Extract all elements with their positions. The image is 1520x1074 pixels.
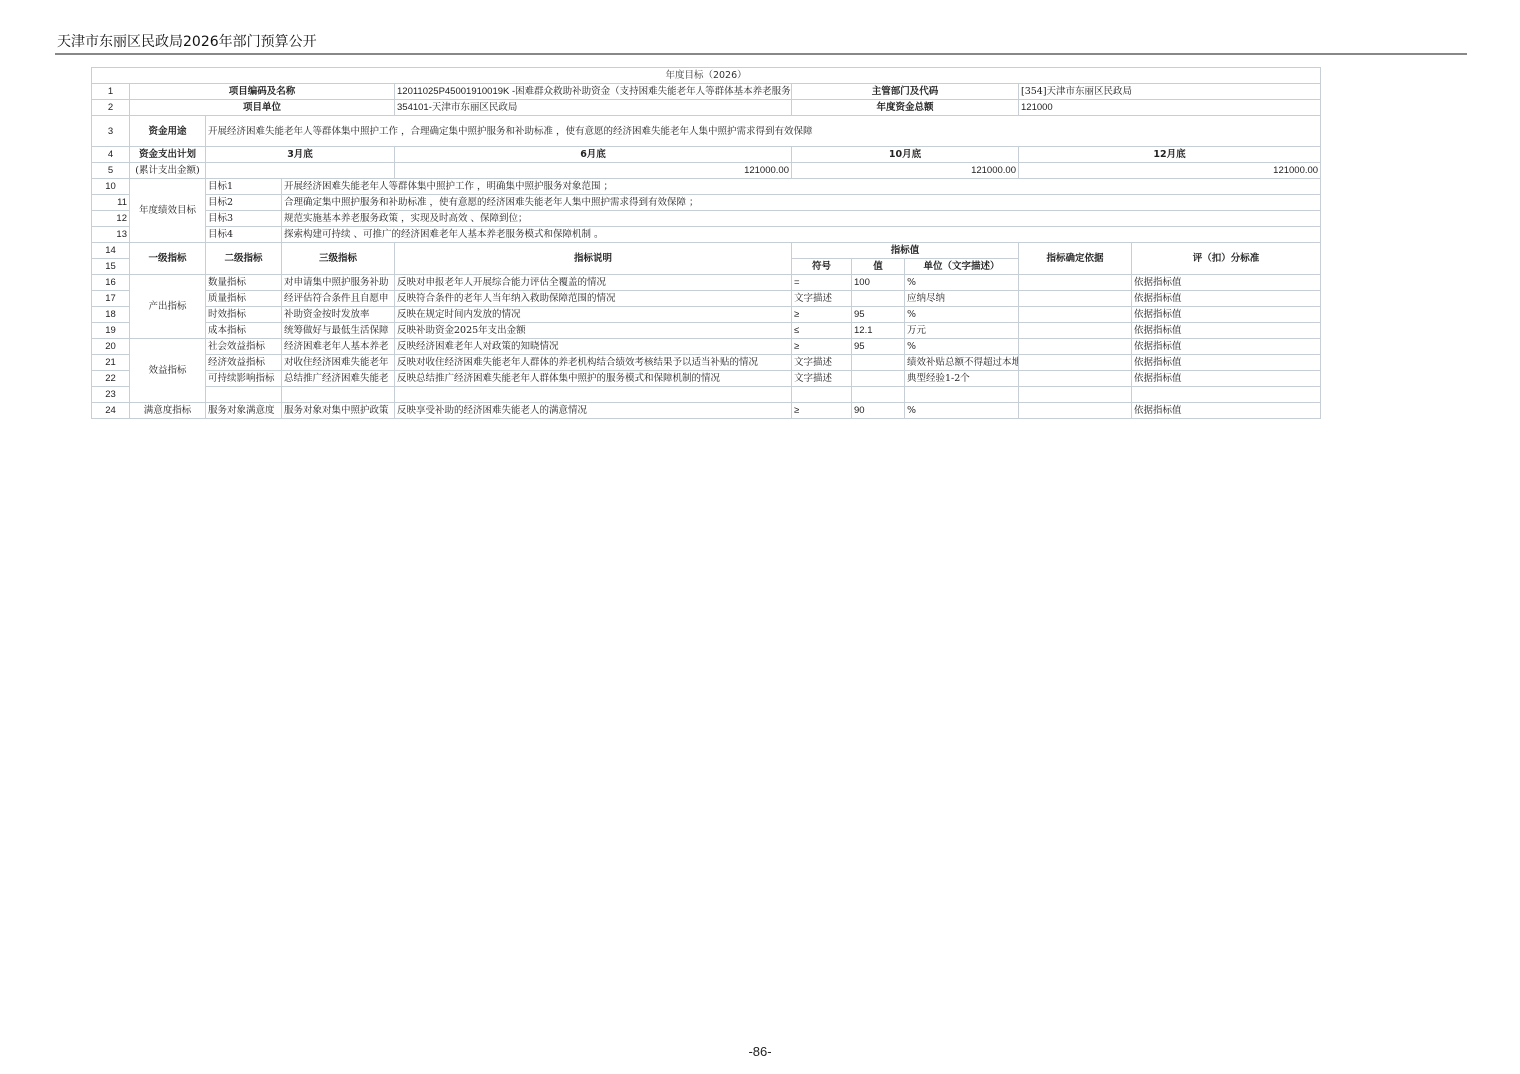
page-number: -86- (0, 1044, 1520, 1059)
table-title: 年度目标（2026） (92, 68, 1321, 84)
annual-total-label: 年度资金总额 (792, 100, 1019, 116)
indicator-value: 90 (852, 403, 905, 419)
indicator-unit (905, 387, 1019, 403)
indicator-description: 反映对收住经济困难失能老年人群体的养老机构结合绩效考核结果予以适当补贴的情况 (395, 355, 792, 371)
indicator-level3: 对申请集中照护服务补助 (282, 275, 395, 291)
performance-target-table: 年度目标（2026） 1 项目编码及名称 12011025P4500191001… (91, 67, 1321, 419)
indicator-basis (1019, 371, 1132, 387)
table-title-row: 年度目标（2026） (92, 68, 1321, 84)
indicator-value: 12.1 (852, 323, 905, 339)
indicator-symbol: ≥ (792, 339, 852, 355)
indicator-value (852, 387, 905, 403)
annual-total-value: 121000 (1019, 100, 1321, 116)
indicator-header-row: 14 一级指标 二级指标 三级指标 指标说明 指标值 指标确定依据 评（扣）分标… (92, 243, 1321, 259)
indicator-unit: % (905, 307, 1019, 323)
indicator-symbol: 文字描述 (792, 355, 852, 371)
indicator-symbol (792, 387, 852, 403)
goal-name: 目标4 (206, 227, 282, 243)
row-number: 16 (92, 275, 130, 291)
row-number: 21 (92, 355, 130, 371)
header-symbol: 符号 (792, 259, 852, 275)
indicator-level3: 总结推广经济困难失能老 (282, 371, 395, 387)
indicator-description: 反映总结推广经济困难失能老年人群体集中照护的服务模式和保障机制的情况 (395, 371, 792, 387)
goal-row: 11 目标2 合理确定集中照护服务和补助标准 ，使有意愿的经济困难失能老年人集中… (92, 195, 1321, 211)
indicator-level2: 时效指标 (206, 307, 282, 323)
dept-label: 主管部门及代码 (792, 84, 1019, 100)
row-number: 22 (92, 371, 130, 387)
indicator-scoring: 依据指标值 (1132, 339, 1321, 355)
row-number: 17 (92, 291, 130, 307)
indicator-level1: 满意度指标 (130, 403, 206, 419)
indicator-symbol: = (792, 275, 852, 291)
header-unit: 单位（文字描述） (905, 259, 1019, 275)
indicator-value (852, 291, 905, 307)
row-number: 20 (92, 339, 130, 355)
indicator-value (852, 371, 905, 387)
indicator-description (395, 387, 792, 403)
indicator-level3 (282, 387, 395, 403)
indicator-value: 95 (852, 307, 905, 323)
indicator-row: 22可持续影响指标总结推广经济困难失能老反映总结推广经济困难失能老年人群体集中照… (92, 371, 1321, 387)
header-scoring: 评（扣）分标准 (1132, 243, 1321, 275)
indicator-value: 95 (852, 339, 905, 355)
row-number: 2 (92, 100, 130, 116)
indicator-scoring: 依据指标值 (1132, 275, 1321, 291)
goal-text: 探索构建可持续 、可推广的经济困难老年人基本养老服务模式和保障机制 。 (282, 227, 1321, 243)
indicator-scoring (1132, 387, 1321, 403)
indicator-unit: % (905, 339, 1019, 355)
project-unit-value: 354101-天津市东丽区民政局 (395, 100, 792, 116)
indicator-scoring: 依据指标值 (1132, 291, 1321, 307)
indicator-symbol: 文字描述 (792, 291, 852, 307)
amount-jun: 121000.00 (395, 163, 792, 179)
fund-use-value: 开展经济困难失能老年人等群体集中照护工作 ，合理确定集中照护服务和补助标准 ，使… (206, 116, 1321, 147)
indicator-scoring: 依据指标值 (1132, 355, 1321, 371)
header-level3: 三级指标 (282, 243, 395, 275)
spending-plan-header-row: 4 资金支出计划 3月底 6月底 10月底 12月底 (92, 147, 1321, 163)
row-number: 11 (92, 195, 130, 211)
indicator-symbol: 文字描述 (792, 371, 852, 387)
indicator-description: 反映在规定时间内发放的情况 (395, 307, 792, 323)
indicator-unit: % (905, 275, 1019, 291)
indicator-level3: 经评估符合条件且自愿申 (282, 291, 395, 307)
goal-name: 目标3 (206, 211, 282, 227)
goal-text: 规范实施基本养老服务政策 ，实现及时高效 、保障到位； (282, 211, 1321, 227)
period-mar: 3月底 (206, 147, 395, 163)
row-number: 13 (92, 227, 130, 243)
project-unit-label: 项目单位 (130, 100, 395, 116)
indicator-symbol: ≥ (792, 403, 852, 419)
indicator-level2: 社会效益指标 (206, 339, 282, 355)
indicator-level1: 产出指标 (130, 275, 206, 339)
indicator-unit: 万元 (905, 323, 1019, 339)
goal-row: 12 目标3 规范实施基本养老服务政策 ，实现及时高效 、保障到位； (92, 211, 1321, 227)
indicator-basis (1019, 339, 1132, 355)
indicator-row: 20效益指标社会效益指标经济困难老年人基本养老反映经济困难老年人对政策的知晓情况… (92, 339, 1321, 355)
goal-text: 合理确定集中照护服务和补助标准 ，使有意愿的经济困难失能老年人集中照护需求得到有… (282, 195, 1321, 211)
indicator-scoring: 依据指标值 (1132, 323, 1321, 339)
goal-text: 开展经济困难失能老年人等群体集中照护工作 ，明确集中照护服务对象范围 ； (282, 179, 1321, 195)
spending-plan-sublabel: (累计支出金额) (130, 163, 206, 179)
header-level1: 一级指标 (130, 243, 206, 275)
row-number: 24 (92, 403, 130, 419)
indicator-symbol: ≤ (792, 323, 852, 339)
period-oct: 10月底 (792, 147, 1019, 163)
goal-name: 目标2 (206, 195, 282, 211)
goal-row: 10 年度绩效目标 目标1 开展经济困难失能老年人等群体集中照护工作 ，明确集中… (92, 179, 1321, 195)
indicator-unit: 绩效补贴总额不得超过本地区向经济困难失能老年 (905, 355, 1019, 371)
indicator-basis (1019, 275, 1132, 291)
indicator-basis (1019, 323, 1132, 339)
indicator-row: 19成本指标统筹做好与最低生活保障反映补助资金2025年支出金额≤12.1万元依… (92, 323, 1321, 339)
indicator-unit: % (905, 403, 1019, 419)
indicator-level1: 效益指标 (130, 339, 206, 403)
indicator-level2: 质量指标 (206, 291, 282, 307)
row-number: 10 (92, 179, 130, 195)
indicator-row: 17质量指标经评估符合条件且自愿申反映符合条件的老年人当年纳入救助保障范围的情况… (92, 291, 1321, 307)
indicator-scoring: 依据指标值 (1132, 307, 1321, 323)
indicator-level3: 对收住经济困难失能老年 (282, 355, 395, 371)
amount-dec: 121000.00 (1019, 163, 1321, 179)
indicator-level3: 经济困难老年人基本养老 (282, 339, 395, 355)
project-unit-row: 2 项目单位 354101-天津市东丽区民政局 年度资金总额 121000 (92, 100, 1321, 116)
indicator-basis (1019, 307, 1132, 323)
document-header-title: 天津市东丽区民政局2026年部门预算公开 (57, 31, 317, 51)
indicator-level2: 数量指标 (206, 275, 282, 291)
indicator-scoring: 依据指标值 (1132, 403, 1321, 419)
indicator-value (852, 355, 905, 371)
indicator-basis (1019, 403, 1132, 419)
spending-plan-amount-row: 5 (累计支出金额) 121000.00 121000.00 121000.00 (92, 163, 1321, 179)
indicator-row: 24满意度指标服务对象满意度服务对象对集中照护政策反映享受补助的经济困难失能老人… (92, 403, 1321, 419)
row-number: 3 (92, 116, 130, 147)
project-code-value: 12011025P45001910019K -困难群众救助补助资金（支持困难失能… (395, 84, 792, 100)
row-number: 23 (92, 387, 130, 403)
row-number: 18 (92, 307, 130, 323)
indicator-level3: 服务对象对集中照护政策 (282, 403, 395, 419)
annual-goals-label: 年度绩效目标 (130, 179, 206, 243)
dept-value: [354]天津市东丽区民政局 (1019, 84, 1321, 100)
indicator-rows: 16产出指标数量指标对申请集中照护服务补助反映对申报老年人开展综合能力评估全覆盖… (92, 275, 1321, 419)
spending-plan-label: 资金支出计划 (130, 147, 206, 163)
indicator-basis (1019, 291, 1132, 307)
header-value: 值 (852, 259, 905, 275)
indicator-row: 23 (92, 387, 1321, 403)
indicator-scoring: 依据指标值 (1132, 371, 1321, 387)
indicator-level2 (206, 387, 282, 403)
indicator-level2: 服务对象满意度 (206, 403, 282, 419)
indicator-basis (1019, 387, 1132, 403)
project-code-label: 项目编码及名称 (130, 84, 395, 100)
indicator-row: 16产出指标数量指标对申请集中照护服务补助反映对申报老年人开展综合能力评估全覆盖… (92, 275, 1321, 291)
indicator-description: 反映经济困难老年人对政策的知晓情况 (395, 339, 792, 355)
indicator-basis (1019, 355, 1132, 371)
fund-use-label: 资金用途 (130, 116, 206, 147)
header-divider (55, 53, 1467, 55)
goal-row: 13 目标4 探索构建可持续 、可推广的经济困难老年人基本养老服务模式和保障机制… (92, 227, 1321, 243)
indicator-level3: 统筹做好与最低生活保障 (282, 323, 395, 339)
project-code-row: 1 项目编码及名称 12011025P45001910019K -困难群众救助补… (92, 84, 1321, 100)
indicator-symbol: ≥ (792, 307, 852, 323)
header-description: 指标说明 (395, 243, 792, 275)
indicator-level2: 可持续影响指标 (206, 371, 282, 387)
indicator-description: 反映符合条件的老年人当年纳入救助保障范围的情况 (395, 291, 792, 307)
row-number: 15 (92, 259, 130, 275)
period-jun: 6月底 (395, 147, 792, 163)
fund-use-row: 3 资金用途 开展经济困难失能老年人等群体集中照护工作 ，合理确定集中照护服务和… (92, 116, 1321, 147)
indicator-row: 21经济效益指标对收住经济困难失能老年反映对收住经济困难失能老年人群体的养老机构… (92, 355, 1321, 371)
indicator-value: 100 (852, 275, 905, 291)
row-number: 14 (92, 243, 130, 259)
amount-oct: 121000.00 (792, 163, 1019, 179)
goal-name: 目标1 (206, 179, 282, 195)
indicator-level2: 成本指标 (206, 323, 282, 339)
header-level2: 二级指标 (206, 243, 282, 275)
row-number: 19 (92, 323, 130, 339)
indicator-unit: 典型经验1-2个 (905, 371, 1019, 387)
indicator-unit: 应纳尽纳 (905, 291, 1019, 307)
row-number: 4 (92, 147, 130, 163)
indicator-row: 18时效指标补助资金按时发放率反映在规定时间内发放的情况≥95%依据指标值 (92, 307, 1321, 323)
row-number: 1 (92, 84, 130, 100)
indicator-level2: 经济效益指标 (206, 355, 282, 371)
indicator-description: 反映对申报老年人开展综合能力评估全覆盖的情况 (395, 275, 792, 291)
amount-mar (206, 163, 395, 179)
period-dec: 12月底 (1019, 147, 1321, 163)
indicator-level3: 补助资金按时发放率 (282, 307, 395, 323)
indicator-description: 反映补助资金2025年支出金额 (395, 323, 792, 339)
row-number: 12 (92, 211, 130, 227)
header-basis: 指标确定依据 (1019, 243, 1132, 275)
header-value-group: 指标值 (792, 243, 1019, 259)
row-number: 5 (92, 163, 130, 179)
indicator-description: 反映享受补助的经济困难失能老人的满意情况 (395, 403, 792, 419)
